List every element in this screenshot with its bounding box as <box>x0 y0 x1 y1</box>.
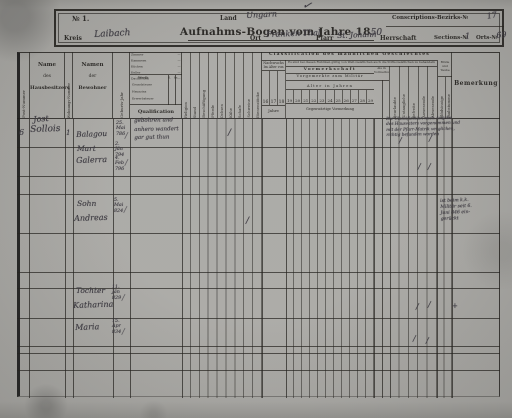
dwelling-value-box: Werth fl. kr. Grundsteuer Hauszins Erwer… <box>130 74 182 105</box>
pfarr-label: Pfarr <box>316 35 333 42</box>
resident-1-birthdate: 25. Mai 786 <box>116 121 125 137</box>
repeat-cell: 17 <box>270 71 278 105</box>
resident-3-birthdate: 4. Feb 796 <box>115 156 124 172</box>
repeat-cell: 21 <box>302 90 310 103</box>
dwelling-note-entry: gebohren und anhero wandert gar gut thun <box>134 116 179 142</box>
nachwuchs-year-cells: 161718 <box>262 70 285 106</box>
repeat-cell: 22 <box>310 90 318 103</box>
classification-annotation: Die Classification nach Angabe des Hausv… <box>386 115 460 137</box>
date-flourish-4: ∕ <box>122 293 125 302</box>
classification-block: Classification des männlichen Geschlecht… <box>262 52 452 118</box>
resident-2-name: Mart <box>77 144 96 153</box>
repeat-cell: Kühe <box>226 52 235 118</box>
tick-row5-b: ∕ <box>426 336 429 345</box>
classification-line3: Alter in Jahren <box>286 80 374 90</box>
classification-line4: Gegenwärtige Vormerkung <box>286 103 374 118</box>
column-header-dwelling-details: Zimmer— Kammern— Küchen— Keller— Dachböd… <box>130 52 182 118</box>
column-header-remark: Bemerkung <box>452 52 500 118</box>
date-flourish-2: ∕ <box>125 158 128 167</box>
tick-row1-c: ∕ <box>429 134 432 143</box>
title-underline <box>188 40 374 41</box>
repeat-cell: 28 <box>359 90 367 103</box>
pfarr-value-handwritten: St. Johann <box>337 30 377 40</box>
tick-row3-a: ∕ <box>246 216 249 226</box>
tick-row4-b: ∕ <box>428 300 431 309</box>
repeat-cell: 29 <box>367 90 374 103</box>
nachwuchs-box: Nachwuchs Im Alter von 161718 Jahre <box>262 60 286 118</box>
repeat-cell: Religion <box>182 52 191 118</box>
column-header-birth-year: Geburts-Jahr <box>113 52 130 118</box>
date-flourish-1: ∕ <box>125 131 128 140</box>
repeat-cell: Beschäftigung <box>200 52 209 118</box>
repeat-cell: Bienenstöcke <box>253 52 261 118</box>
remark-note-entry: ist beim k.k. Militär seit 6. Juni 846 e… <box>440 198 472 223</box>
sheet-number: № 1. <box>72 14 89 23</box>
conscription-district-label: Conscriptions-Bezirks-№ <box>392 15 468 21</box>
resident-3-name: Galerra <box>76 155 107 165</box>
land-value-handwritten: Ungarn <box>246 9 277 20</box>
side-box-divider <box>382 80 383 118</box>
column-header-post-number: Post-Nummer <box>17 52 30 118</box>
resident-4-relation: Sohn <box>77 199 96 208</box>
orts-value-handwritten: 69 <box>496 30 507 40</box>
house-number-entry: 6 <box>19 128 24 137</box>
date-flourish-3: ∕ <box>124 205 127 214</box>
kreis-value-handwritten: Laibach <box>94 28 131 40</box>
tick-row2-a: ∕ <box>418 162 421 171</box>
repeat-cell: Blödsinnige <box>438 77 446 119</box>
ort-value-handwritten: Franken Thal <box>266 28 321 39</box>
herrschaft-label: Herrschaft <box>380 35 416 42</box>
kreis-label: Kreis <box>64 35 82 42</box>
resident-4-name: Andreas <box>74 213 108 223</box>
repeat-cell: 24 <box>326 90 334 103</box>
gebrechen-box: Blöde und Taube BlödsinnigeTaubstumme <box>437 60 452 118</box>
owner-first-name: Jost <box>33 114 49 124</box>
resident-4-birthdate: 5. Mai 824 <box>114 198 123 214</box>
date-flourish-5: ∕ <box>122 327 125 336</box>
repeat-cell: 18 <box>278 71 285 105</box>
vormerkung-status-columns: BeurlaubteUntauglicheBefreiteAnwesendeAb… <box>390 66 437 118</box>
narrow-attribute-columns: ReligionStandBeschäftigungPferdeOchsenKü… <box>182 52 262 118</box>
tick-row1-b: ∕ <box>399 136 402 145</box>
ort-label: Ort <box>250 35 261 42</box>
resident-6-name: Maria <box>75 322 99 332</box>
age-year-cells: 1920212223242526272829 <box>286 90 374 104</box>
cross-mark-row4: + <box>452 302 458 310</box>
conscription-district-cell: Conscriptions-Bezirks-№ 17 <box>386 11 504 27</box>
repeat-cell: 20 <box>294 90 302 103</box>
repeat-cell: Schafe <box>235 52 244 118</box>
repeat-cell: 19 <box>286 90 294 103</box>
vormerkung-side-box: Als in Vormerkung <box>374 66 390 118</box>
column-header-house-owner: Name des Hausbesitzers <box>30 52 65 118</box>
resident-5-birthdate: 11. Jän 829 <box>112 285 121 301</box>
repeat-cell: Befreite <box>409 66 419 118</box>
repeat-cell: 26 <box>343 90 351 103</box>
repeat-cell: Beurlaubte <box>390 66 400 118</box>
tick-row5-a: ∕ <box>413 334 416 343</box>
resident-1-name: Balagou <box>76 129 107 139</box>
gebrechen-columns: BlödsinnigeTaubstumme <box>438 77 452 119</box>
resident-5-name: Katharina <box>73 300 113 310</box>
orts-label: Orts-№ <box>476 35 498 41</box>
conscription-district-value: 17 <box>486 10 498 21</box>
repeat-cell: Ochsen <box>218 52 227 118</box>
repeat-cell: 25 <box>335 90 343 103</box>
repeat-cell: Stand <box>191 52 200 118</box>
column-header-residents: Namen der Bewohner <box>73 52 113 118</box>
resident-6-birthdate: 15. Apr 834 <box>112 319 121 335</box>
scanned-census-form: ✓ № 1. Land Ungarn Aufnahms-Bogen vom Ja… <box>0 0 512 418</box>
form-header-box: № 1. Land Ungarn Aufnahms-Bogen vom Jahr… <box>54 9 504 47</box>
owner-last-name: Sollois <box>30 124 61 135</box>
repeat-cell: Pferde <box>209 52 218 118</box>
repeat-cell: Abwesende <box>428 66 437 118</box>
tick-row4-a: ∕ <box>416 302 419 311</box>
repeat-cell: Anwesende <box>419 66 429 118</box>
dwelling-number-entry: 1 <box>66 129 70 137</box>
resident-5-relation: Tochter <box>76 286 105 295</box>
sections-label: Sections-№ <box>434 35 468 41</box>
repeat-cell: Untaugliche <box>400 66 410 118</box>
tick-row2-b: ∕ <box>428 162 431 171</box>
repeat-cell: 23 <box>318 90 326 103</box>
repeat-cell: Schweine <box>244 52 253 118</box>
sections-value-handwritten: 1 <box>465 32 470 41</box>
repeat-cell: 27 <box>351 90 359 103</box>
column-header-dwelling-number: Wohnungs-Nummer <box>65 52 73 118</box>
repeat-cell: 16 <box>262 71 270 105</box>
tick-row1-a: ∕ <box>228 128 231 138</box>
